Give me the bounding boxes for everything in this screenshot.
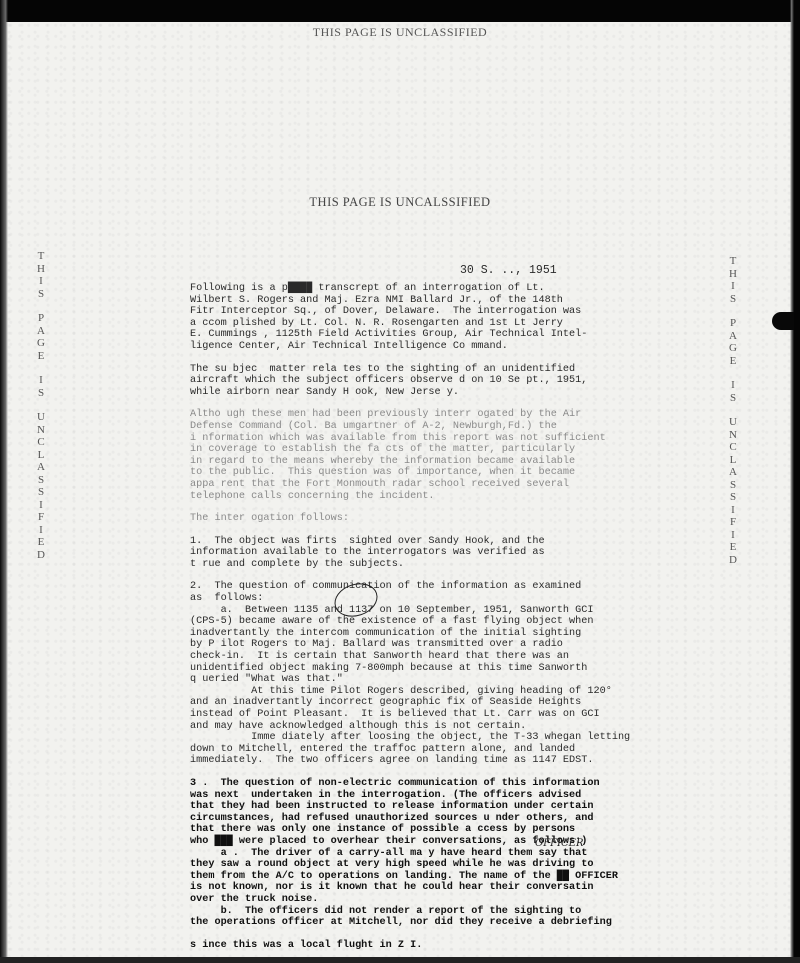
- side-stamp-letter: S: [34, 288, 48, 301]
- side-stamp-letter: D: [726, 554, 740, 567]
- side-stamp-letter: E: [726, 355, 740, 368]
- side-stamp-letter: [726, 404, 740, 416]
- side-stamp-letter: I: [34, 275, 48, 288]
- text-line: circumstances, had refused unauthorized …: [190, 813, 620, 825]
- classification-side-stamp-left: THISPAGEISUNCLASSIFIED: [34, 250, 48, 561]
- side-stamp-letter: F: [34, 511, 48, 524]
- side-stamp-letter: I: [726, 280, 740, 293]
- side-stamp-letter: A: [726, 466, 740, 479]
- side-stamp-letter: C: [726, 441, 740, 454]
- text-line: while airborn near Sandy H ook, New Jers…: [190, 387, 620, 399]
- text-line: instead of Point Pleasant. It is believe…: [190, 709, 620, 721]
- text-line: b. The officers did not render a report …: [190, 906, 620, 918]
- text-line: Imme diately after loosing the object, t…: [190, 732, 620, 744]
- side-stamp-letter: [34, 362, 48, 374]
- text-line: as follows:: [190, 593, 620, 605]
- side-stamp-letter: I: [34, 374, 48, 387]
- text-line: immediately. The two officers agree on l…: [190, 755, 620, 767]
- text-line: i nformation which was available from th…: [190, 433, 620, 445]
- text-line: unidentified object making 7-800mph beca…: [190, 663, 620, 675]
- side-stamp-letter: A: [34, 325, 48, 338]
- text-line: (CPS-5) became aware of the existence of…: [190, 616, 620, 628]
- text-line: 1. The object was firts sighted over San…: [190, 536, 620, 548]
- text-line: Following is a p████ transcrept of an in…: [190, 283, 620, 295]
- text-line: appa rent that the Fort Monmouth radar s…: [190, 479, 620, 491]
- side-stamp-letter: P: [726, 317, 740, 330]
- text-line: The su bjec matter rela tes to the sight…: [190, 364, 620, 376]
- text-line: by P ilot Rogers to Maj. Ballard was tra…: [190, 639, 620, 651]
- handwritten-correction: OFFICER: [535, 838, 584, 849]
- text-line: aircraft which the subject officers obse…: [190, 375, 620, 387]
- text-line: ligence Center, Air Technical Intelligen…: [190, 341, 620, 353]
- text-line: and may have acknowledged although this …: [190, 721, 620, 733]
- text-line: in regard to the means whereby the infor…: [190, 456, 620, 468]
- scan-artifact-notch: [772, 312, 794, 330]
- side-stamp-letter: T: [726, 255, 740, 268]
- text-line: q ueried "What was that.": [190, 674, 620, 686]
- classification-title-stamp: THIS PAGE IS UNCALSSIFIED: [0, 195, 800, 210]
- text-line: information available to the interrogato…: [190, 547, 620, 559]
- side-stamp-letter: E: [34, 536, 48, 549]
- scan-border-top: [0, 0, 800, 22]
- text-line: 2. The question of communication of the …: [190, 581, 620, 593]
- document-date: 30 S. .., 1951: [460, 264, 557, 277]
- side-stamp-letter: S: [34, 486, 48, 499]
- side-stamp-letter: E: [726, 541, 740, 554]
- text-line: Wilbert S. Rogers and Maj. Ezra NMI Ball…: [190, 295, 620, 307]
- text-line: the operations officer at Mitchell, nor …: [190, 917, 620, 929]
- text-line: Defense Command (Col. Ba umgartner of A-…: [190, 421, 620, 433]
- text-line: t rue and complete by the subjects.: [190, 559, 620, 571]
- side-stamp-letter: A: [726, 330, 740, 343]
- side-stamp-letter: I: [726, 504, 740, 517]
- side-stamp-letter: T: [34, 250, 48, 263]
- side-stamp-letter: [726, 305, 740, 317]
- text-line: is not known, nor is it known that he co…: [190, 882, 620, 894]
- paragraph-subject: The su bjec matter rela tes to the sight…: [190, 364, 620, 399]
- side-stamp-letter: D: [34, 549, 48, 562]
- text-line: them from the A/C to operations on landi…: [190, 871, 620, 883]
- paragraph-item2: 2. The question of communication of the …: [190, 581, 620, 767]
- side-stamp-letter: G: [726, 342, 740, 355]
- text-line: they saw a round object at very high spe…: [190, 859, 620, 871]
- text-line: to the public. This question was of impo…: [190, 467, 620, 479]
- text-line: Altho ugh these men had been previously …: [190, 409, 620, 421]
- side-stamp-letter: S: [726, 293, 740, 306]
- text-line: At this time Pilot Rogers described, giv…: [190, 686, 620, 698]
- side-stamp-letter: N: [34, 424, 48, 437]
- text-line: s ince this was a local flught in Z I.: [190, 940, 620, 952]
- side-stamp-letter: L: [34, 449, 48, 462]
- text-line: Fitr Interceptor Sq., of Dover, Delaware…: [190, 306, 620, 318]
- paragraph-follows: The inter ogation follows:: [190, 513, 620, 525]
- text-line: and an inadvertantly incorrect geographi…: [190, 697, 620, 709]
- side-stamp-letter: I: [34, 524, 48, 537]
- paragraph-background: Altho ugh these men had been previously …: [190, 409, 620, 502]
- text-line: E. Cummings , 1125th Field Activities Gr…: [190, 329, 620, 341]
- scan-border-right: [790, 0, 800, 963]
- side-stamp-letter: H: [726, 268, 740, 281]
- side-stamp-letter: F: [726, 516, 740, 529]
- classification-header-stamp: THIS PAGE IS UNCLASSIFIED: [0, 25, 800, 40]
- document-body: Following is a p████ transcrept of an in…: [190, 283, 620, 963]
- text-line: that there was only one instance of poss…: [190, 824, 620, 836]
- side-stamp-letter: G: [34, 337, 48, 350]
- side-stamp-letter: [34, 399, 48, 411]
- text-line: 3 . The question of non-electric communi…: [190, 778, 620, 790]
- paragraph-intro: Following is a p████ transcrept of an in…: [190, 283, 620, 353]
- text-line: inadvertantly the intercom communication…: [190, 628, 620, 640]
- side-stamp-letter: [34, 300, 48, 312]
- side-stamp-letter: [726, 367, 740, 379]
- paragraph-item3: 3 . The question of non-electric communi…: [190, 778, 620, 952]
- side-stamp-letter: L: [726, 454, 740, 467]
- text-line: a. Between 1135 and 1137 on 10 September…: [190, 605, 620, 617]
- text-line: [190, 929, 620, 941]
- text-line: that they had been instructed to release…: [190, 801, 620, 813]
- document-page: THIS PAGE IS UNCLASSIFIED THIS PAGE IS U…: [0, 0, 800, 963]
- side-stamp-letter: S: [726, 392, 740, 405]
- text-line: down to Mitchell, entered the traffoc pa…: [190, 744, 620, 756]
- text-line: over the truck noise.: [190, 894, 620, 906]
- text-line: check-in. It is certain that Sanworth he…: [190, 651, 620, 663]
- classification-side-stamp-right: THISPAGEISUNCLASSIFIED: [726, 255, 740, 566]
- side-stamp-letter: S: [726, 479, 740, 492]
- text-line: was next undertaken in the interrogation…: [190, 790, 620, 802]
- text-line: a ccom plished by Lt. Col. N. R. Rosenga…: [190, 318, 620, 330]
- text-line: a . The driver of a carry-all ma y have …: [190, 848, 620, 860]
- side-stamp-letter: S: [34, 387, 48, 400]
- text-line: in coverage to establish the fa cts of t…: [190, 444, 620, 456]
- side-stamp-letter: U: [726, 416, 740, 429]
- side-stamp-letter: S: [726, 491, 740, 504]
- side-stamp-letter: A: [34, 461, 48, 474]
- side-stamp-letter: I: [34, 499, 48, 512]
- side-stamp-letter: I: [726, 529, 740, 542]
- paragraph-item1: 1. The object was firts sighted over San…: [190, 536, 620, 571]
- text-line: The inter ogation follows:: [190, 513, 620, 525]
- side-stamp-letter: U: [34, 411, 48, 424]
- side-stamp-letter: S: [34, 474, 48, 487]
- scan-border-left: [0, 0, 8, 963]
- side-stamp-letter: P: [34, 312, 48, 325]
- side-stamp-letter: E: [34, 350, 48, 363]
- side-stamp-letter: N: [726, 429, 740, 442]
- side-stamp-letter: C: [34, 436, 48, 449]
- text-line: telephone calls concerning the incident.: [190, 491, 620, 503]
- side-stamp-letter: I: [726, 379, 740, 392]
- side-stamp-letter: H: [34, 263, 48, 276]
